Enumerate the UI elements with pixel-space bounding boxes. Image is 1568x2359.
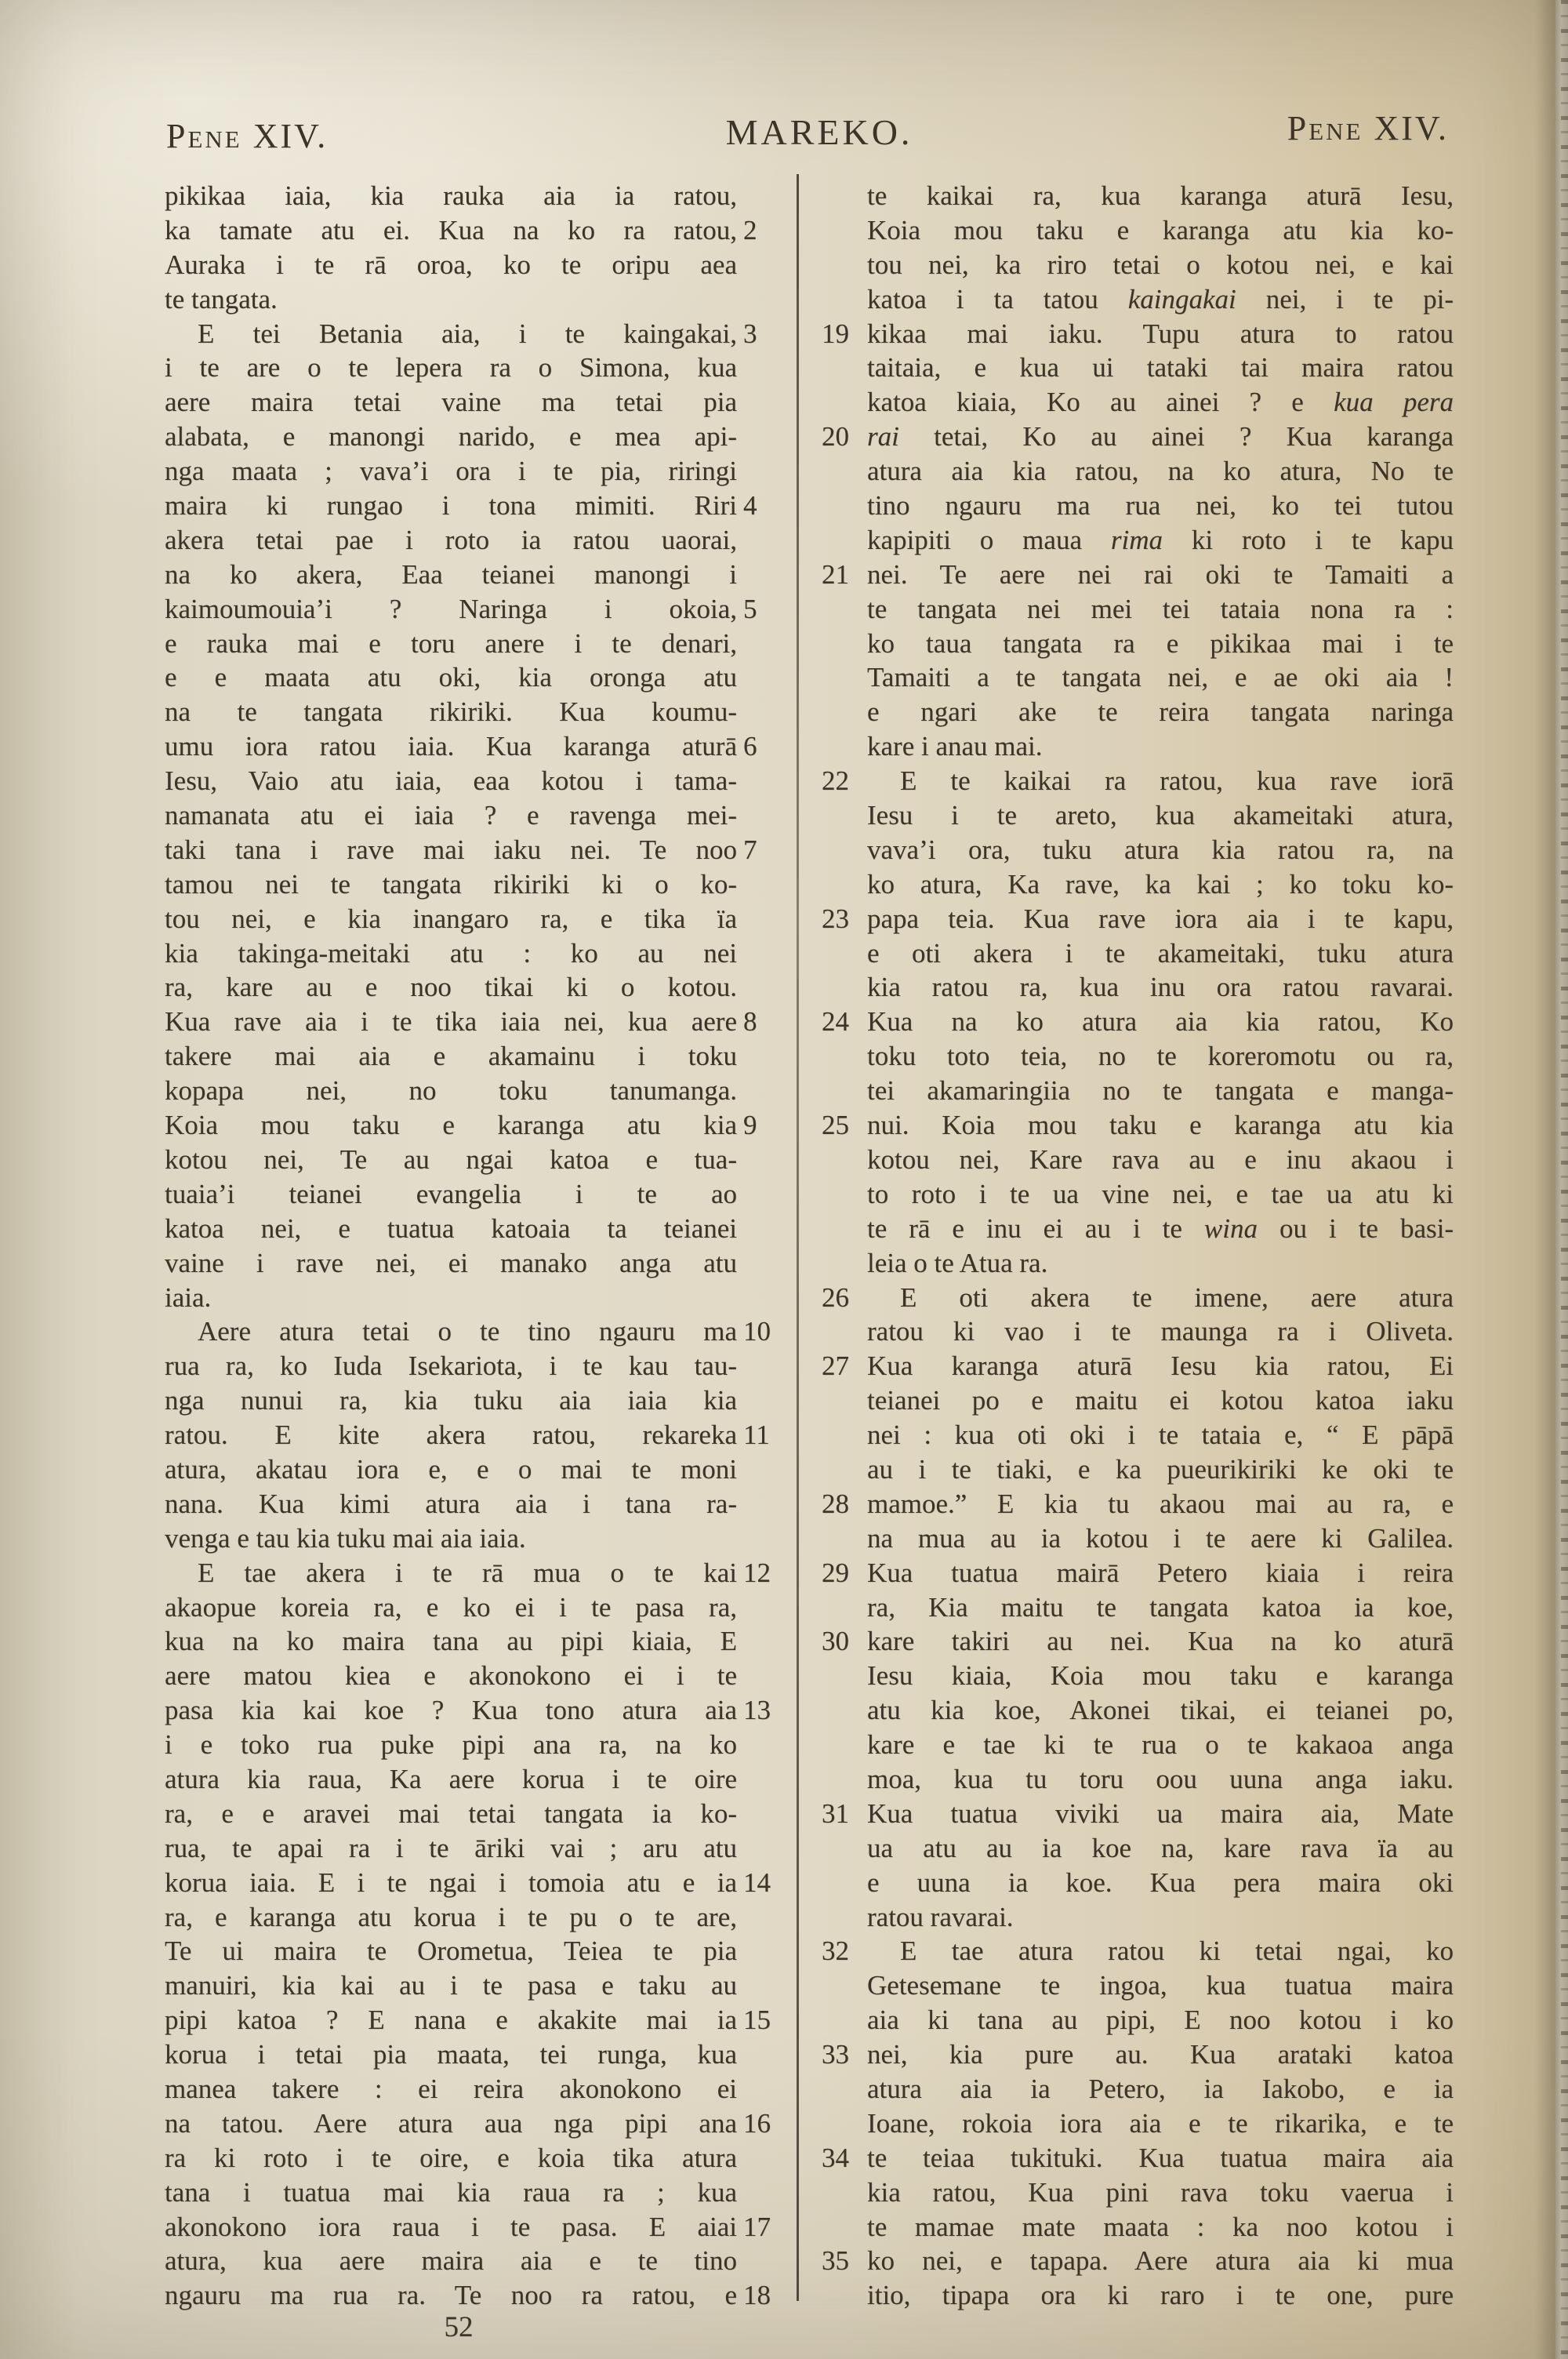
text-segment: au i te tiaki, e ka pueurikiriki ke oki …: [867, 1454, 1454, 1485]
text-segment: i te are o te lepera ra o Simona, kua: [165, 352, 737, 383]
text-line: atura kia raua, Ka aere korua i te oire: [165, 1762, 737, 1797]
text-segment: ko taua tangata ra e pikikaa mai i te: [867, 628, 1454, 659]
text-line: kare takiri au nei. Kua na ko aturā30: [867, 1624, 1454, 1659]
text-segment: toku toto teia, no te koreromotu ou ra,: [867, 1041, 1454, 1071]
text-segment: E oti akera te imene, aere atura: [900, 1282, 1454, 1313]
italic-text-segment: rima: [1111, 525, 1163, 555]
text-segment: pikikaa iaia, kia rauka aia ia ratou,: [165, 180, 737, 211]
text-segment: nga maata ; vava’i ora i te pia, riringi: [165, 456, 737, 486]
verse-number: 21: [822, 558, 864, 592]
text-segment: to roto i te ua vine nei, e tae ua atu k…: [867, 1179, 1454, 1209]
text-segment: na te tangata rikiriki. Kua koumu-: [165, 696, 737, 727]
text-line: kua na ko maira tana au pipi kiaia, E: [165, 1624, 737, 1659]
text-line: tei akamaringiia no te tangata e manga-: [867, 1074, 1454, 1108]
verse-number: 20: [822, 420, 864, 454]
text-segment: umu iora ratou iaia. Kua karanga aturā: [165, 731, 737, 761]
verse-number: 33: [822, 2037, 864, 2072]
text-line: ratou ki vao i te maunga ra i Oliveta.: [867, 1314, 1454, 1349]
text-line: tou nei, e kia inangaro ra, e tika ïa: [165, 902, 737, 936]
text-line: Getesemane te ingoa, kua tuatua maira: [867, 1968, 1454, 2003]
verse-number: 28: [822, 1487, 864, 1521]
text-segment: e e maata atu oki, kia oronga atu: [165, 662, 737, 692]
verse-number: 35: [822, 2244, 864, 2278]
text-line: E oti akera te imene, aere atura26: [867, 1281, 1454, 1315]
text-segment: kaimoumouia’i ? Naringa i okoia,: [165, 594, 737, 624]
page-crease-shadow: [1535, 0, 1555, 2359]
text-line: atura aia kia ratou, na ko atura, No te: [867, 454, 1454, 489]
text-segment: tei akamaringiia no te tangata e manga-: [867, 1075, 1454, 1106]
text-line: te teiaa tukituki. Kua tuatua maira aia3…: [867, 2141, 1454, 2175]
text-line: pipi katoa ? E nana e akakite mai ia15: [165, 2003, 737, 2037]
text-segment: akonokono iora raua i te pasa. E aiai: [165, 2212, 737, 2242]
page-number: 52: [408, 2310, 510, 2344]
text-segment: kare e tae ki te rua o te kakaoa anga: [867, 1729, 1454, 1760]
text-line: kotou nei, Kare rava au e inu akaou i: [867, 1143, 1454, 1177]
text-line: Kua na ko atura aia kia ratou, Ko24: [867, 1005, 1454, 1039]
left-text-column: pikikaa iaia, kia rauka aia ia ratou,ka …: [165, 179, 737, 2313]
text-segment: aere maira tetai vaine ma tetai pia: [165, 387, 737, 417]
text-line: teianei po e maitu ei kotou katoa iaku: [867, 1383, 1454, 1418]
text-segment: atura, kua aere maira aia e te tino: [165, 2245, 737, 2276]
text-line: kikaa mai iaku. Tupu atura to ratou19: [867, 317, 1454, 351]
text-segment: atura aia kia ratou, na ko atura, No te: [867, 456, 1454, 486]
text-segment: katoa kiaia, Ko au ainei ? e: [867, 387, 1334, 417]
verse-number: 11: [743, 1418, 792, 1452]
text-line: e ngari ake te reira tangata naringa: [867, 695, 1454, 729]
text-line: na te tangata rikiriki. Kua koumu-: [165, 695, 737, 729]
verse-number: 15: [743, 2003, 792, 2037]
text-segment: tou nei, ka riro tetai o kotou nei, e ka…: [867, 249, 1454, 280]
text-segment: E te kaikai ra ratou, kua rave iorā: [900, 765, 1454, 796]
verse-number: 34: [822, 2141, 864, 2175]
text-line: i e toko rua puke pipi ana ra, na ko: [165, 1728, 737, 1762]
text-segment: ra, e karanga atu korua i te pu o te are…: [165, 1902, 737, 1932]
text-segment: E tae akera i te rā mua o te kai: [198, 1558, 737, 1588]
text-line: e uuna ia koe. Kua pera maira oki: [867, 1866, 1454, 1900]
text-segment: ratou ravarai.: [867, 1902, 1014, 1932]
text-line: ra, e karanga atu korua i te pu o te are…: [165, 1900, 737, 1935]
text-segment: itio, tipapa ora ki raro i te one, pure: [867, 2280, 1454, 2310]
text-line: mamoe.” E kia tu akaou mai au ra, e28: [867, 1487, 1454, 1521]
text-segment: Kua rave aia i te tika iaia nei, kua aer…: [165, 1006, 737, 1037]
text-segment: tuaia’i teianei evangelia i te ao: [165, 1179, 737, 1209]
text-segment: nei : kua oti oki i te tataia e, “ E pāp…: [867, 1419, 1454, 1450]
text-segment: manuiri, kia kai au i te pasa e taku au: [165, 1970, 737, 2001]
text-segment: nui. Koia mou taku e karanga atu kia: [867, 1110, 1454, 1140]
running-head-right: Pene XIV.: [1287, 108, 1449, 148]
text-segment: na ko akera, Eaa teianei manongi i: [165, 559, 737, 590]
verse-number: 26: [822, 1281, 864, 1315]
text-segment: ki roto i te kapu: [1163, 525, 1454, 555]
text-segment: rua ra, ko Iuda Isekariota, i te kau tau…: [165, 1350, 737, 1381]
text-line: E tae akera i te rā mua o te kai12: [165, 1556, 737, 1590]
text-line: vaine i rave nei, ei manako anga atu: [165, 1246, 737, 1281]
text-segment: akaopue koreia ra, e ko ei i te pasa ra,: [165, 1592, 737, 1623]
text-segment: kapipiti o maua: [867, 525, 1111, 555]
text-segment: Aere atura tetai o te tino ngauru ma: [198, 1316, 737, 1347]
verse-number: 32: [822, 1934, 864, 1968]
verse-number: 9: [743, 1108, 792, 1143]
text-line: tuaia’i teianei evangelia i te ao: [165, 1177, 737, 1212]
verse-number: 29: [822, 1556, 864, 1590]
text-segment: kia takinga-meitaki atu : ko au nei: [165, 938, 737, 969]
text-line: aere maira tetai vaine ma tetai pia: [165, 385, 737, 420]
text-segment: katoa i ta tatou: [867, 284, 1128, 314]
text-line: kotou nei, Te au ngai katoa e tua-: [165, 1143, 737, 1177]
text-segment: namanata atu ei iaia ? e ravenga mei-: [165, 800, 737, 831]
verse-number: 5: [743, 592, 792, 627]
text-line: manea takere : ei reira akonokono ei: [165, 2072, 737, 2106]
text-segment: Tamaiti a te tangata nei, e ae oki aia !: [867, 662, 1454, 692]
verse-number: 2: [743, 213, 792, 248]
text-line: tino ngauru ma rua nei, ko tei tutou: [867, 489, 1454, 523]
text-segment: tetai, Ko au ainei ? Kua karanga: [899, 421, 1454, 452]
text-line: kia ratou ra, kua inu ora ratou ravarai.: [867, 970, 1454, 1005]
text-segment: e rauka mai e toru anere i te denari,: [165, 628, 737, 659]
text-line: e e maata atu oki, kia oronga atu: [165, 660, 737, 695]
text-line: katoa i ta tatou kaingakai nei, i te pi-: [867, 282, 1454, 317]
verse-number: 24: [822, 1005, 864, 1039]
verse-number: 14: [743, 1866, 792, 1900]
text-segment: nei. Te aere nei rai oki te Tamaiti a: [867, 559, 1454, 590]
verse-number: 18: [743, 2278, 792, 2313]
text-segment: te mamae mate maata : ka noo kotou i: [867, 2212, 1454, 2242]
text-line: ra, Kia maitu te tangata katoa ia koe,: [867, 1590, 1454, 1625]
text-line: kare e tae ki te rua o te kakaoa anga: [867, 1728, 1454, 1762]
text-line: ra ki roto i te oire, e koia tika atura: [165, 2141, 737, 2175]
text-line: E tei Betania aia, i te kaingakai,3: [165, 317, 737, 351]
text-segment: te tangata nei mei tei tataia nona ra :: [867, 594, 1454, 624]
text-segment: korua iaia. E i te ngai i tomoia atu e i…: [165, 1867, 737, 1898]
text-line: nana. Kua kimi atura aia i tana ra-: [165, 1487, 737, 1521]
verse-number: 6: [743, 729, 792, 764]
text-segment: vava’i ora, tuku atura kia ratou ra, na: [867, 834, 1454, 865]
text-line: Te ui maira te Orometua, Teiea te pia: [165, 1934, 737, 1968]
text-segment: tou nei, e kia inangaro ra, e tika ïa: [165, 903, 737, 934]
text-line: ngauru ma rua ra. Te noo ra ratou, e18: [165, 2278, 737, 2313]
text-line: ko nei, e tapapa. Aere atura aia ki mua3…: [867, 2244, 1454, 2278]
text-line: nga nunui ra, kia tuku aia iaia kia: [165, 1383, 737, 1418]
text-line: Kua karanga aturā Iesu kia ratou, Ei27: [867, 1349, 1454, 1383]
text-line: aia ki tana au pipi, E noo kotou i ko: [867, 2003, 1454, 2037]
text-segment: ra, kare au e noo tikai ki o kotou.: [165, 972, 737, 1002]
text-segment: te rā e inu ei au i te: [867, 1213, 1204, 1244]
text-line: ua atu au ia koe na, kare rava ïa au: [867, 1831, 1454, 1866]
text-line: Iesu i te areto, kua akameitaki atura,: [867, 798, 1454, 833]
text-segment: ou i te basi-: [1258, 1213, 1454, 1244]
text-segment: nana. Kua kimi atura aia i tana ra-: [165, 1488, 737, 1519]
text-segment: kotou nei, Kare rava au e inu akaou i: [867, 1144, 1454, 1175]
text-line: atura, akatau iora e, e o mai te moni: [165, 1452, 737, 1487]
text-segment: E tae atura ratou ki tetai ngai, ko: [900, 1936, 1454, 1966]
text-line: e rauka mai e toru anere i te denari,: [165, 627, 737, 661]
text-segment: pasa kia kai koe ? Kua tono atura aia: [165, 1695, 737, 1725]
text-segment: taitaia, e kua ui tataki tai maira ratou: [867, 352, 1454, 383]
text-line: rua ra, ko Iuda Isekariota, i te kau tau…: [165, 1349, 737, 1383]
text-line: to roto i te ua vine nei, e tae ua atu k…: [867, 1177, 1454, 1212]
text-segment: kikaa mai iaku. Tupu atura to ratou: [867, 318, 1454, 349]
text-segment: Iesu kiaia, Koia mou taku e karanga: [867, 1660, 1454, 1691]
text-line: te kaikai ra, kua karanga aturā Iesu,: [867, 179, 1454, 213]
text-line: nga maata ; vava’i ora i te pia, riringi: [165, 454, 737, 489]
text-line: venga e tau kia tuku mai aia iaia.: [165, 1521, 737, 1556]
text-line: aere matou kiea e akonokono ei i te: [165, 1659, 737, 1693]
text-line: katoa nei, e tuatua katoaia ta teianei: [165, 1212, 737, 1246]
text-line: Kua rave aia i te tika iaia nei, kua aer…: [165, 1005, 737, 1039]
text-segment: teianei po e maitu ei kotou katoa iaku: [867, 1385, 1454, 1416]
verse-number: 4: [743, 489, 792, 523]
text-segment: maira ki rungao i tona mimiti. Riri: [165, 490, 737, 521]
verse-number: 10: [743, 1314, 792, 1349]
text-segment: na tatou. Aere atura aua nga pipi ana: [165, 2108, 737, 2139]
text-segment: nei, kia pure au. Kua arataki katoa: [867, 2039, 1454, 2070]
text-segment: kia ratou ra, kua inu ora ratou ravarai.: [867, 972, 1454, 1002]
text-segment: kare i anau mai.: [867, 731, 1043, 761]
text-line: akonokono iora raua i te pasa. E aiai17: [165, 2210, 737, 2245]
text-line: te mamae mate maata : ka noo kotou i: [867, 2210, 1454, 2245]
text-segment: e oti akera i te akameitaki, tuku atura: [867, 938, 1454, 969]
text-line: Iesu, Vaio atu iaia, eaa kotou i tama-: [165, 764, 737, 798]
text-line: Koia mou taku e karanga atu kia9: [165, 1108, 737, 1143]
text-segment: ra ki roto i te oire, e koia tika atura: [165, 2143, 737, 2173]
verse-number: 13: [743, 1693, 792, 1728]
text-line: taki tana i rave mai iaku nei. Te noo7: [165, 833, 737, 867]
text-segment: Kua karanga aturā Iesu kia ratou, Ei: [867, 1350, 1454, 1381]
text-line: akaopue koreia ra, e ko ei i te pasa ra,: [165, 1590, 737, 1625]
text-line: itio, tipapa ora ki raro i te one, pure: [867, 2278, 1454, 2313]
text-line: leia o te Atua ra.: [867, 1246, 1454, 1281]
verse-number: 23: [822, 902, 864, 936]
verse-number: 17: [743, 2210, 792, 2245]
text-segment: i e toko rua puke pipi ana ra, na ko: [165, 1729, 737, 1760]
text-line: akera tetai pae i roto ia ratou uaorai,: [165, 523, 737, 558]
text-segment: aere matou kiea e akonokono ei i te: [165, 1660, 737, 1691]
text-line: kopapa nei, no toku tanumanga.: [165, 1074, 737, 1108]
text-line: ratou ravarai.: [867, 1900, 1454, 1935]
text-line: toku toto teia, no te koreromotu ou ra,: [867, 1039, 1454, 1074]
text-segment: Kua na ko atura aia kia ratou, Ko: [867, 1006, 1454, 1037]
text-line: ko taua tangata ra e pikikaa mai i te: [867, 627, 1454, 661]
text-segment: Iesu i te areto, kua akameitaki atura,: [867, 800, 1454, 831]
text-segment: nei, i te pi-: [1236, 284, 1454, 314]
text-line: maira ki rungao i tona mimiti. Riri4: [165, 489, 737, 523]
text-line: Ioane, rokoia iora aia e te rikarika, e …: [867, 2106, 1454, 2141]
text-line: katoa kiaia, Ko au ainei ? e kua pera: [867, 385, 1454, 420]
text-line: te rā e inu ei au i te wina ou i te basi…: [867, 1212, 1454, 1246]
text-segment: nga nunui ra, kia tuku aia iaia kia: [165, 1385, 737, 1416]
text-line: nei : kua oti oki i te tataia e, “ E pāp…: [867, 1418, 1454, 1452]
text-segment: vaine i rave nei, ei manako anga atu: [165, 1248, 737, 1278]
text-line: E tae atura ratou ki tetai ngai, ko32: [867, 1934, 1454, 1968]
text-line: iaia.: [165, 1281, 737, 1315]
text-segment: ra, Kia maitu te tangata katoa ia koe,: [867, 1592, 1454, 1623]
text-segment: Iesu, Vaio atu iaia, eaa kotou i tama-: [165, 765, 737, 796]
running-head-left: Pene XIV.: [166, 116, 328, 156]
text-segment: tino ngauru ma rua nei, ko tei tutou: [867, 490, 1454, 521]
text-line: ra, kare au e noo tikai ki o kotou.: [165, 970, 737, 1005]
text-segment: leia o te Atua ra.: [867, 1248, 1047, 1278]
text-line: tou nei, ka riro tetai o kotou nei, e ka…: [867, 248, 1454, 282]
text-line: umu iora ratou iaia. Kua karanga aturā6: [165, 729, 737, 764]
text-line: ko atura, Ka rave, ka kai ; ko toku ko-: [867, 867, 1454, 902]
text-line: ra, e e aravei mai tetai tangata ia ko-: [165, 1797, 737, 1831]
text-segment: atura, akatau iora e, e o mai te moni: [165, 1454, 737, 1485]
text-segment: katoa nei, e tuatua katoaia ta teianei: [165, 1213, 737, 1244]
text-line: Aere atura tetai o te tino ngauru ma10: [165, 1314, 737, 1349]
page-edge-strip: [1555, 0, 1568, 2359]
verse-number: 19: [822, 317, 864, 351]
text-line: alabata, e manongi narido, e mea api-: [165, 420, 737, 454]
italic-text-segment: rai: [867, 421, 899, 452]
text-segment: alabata, e manongi narido, e mea api-: [165, 421, 737, 452]
text-line: Koia mou taku e karanga atu kia ko-: [867, 213, 1454, 248]
text-line: taitaia, e kua ui tataki tai maira ratou: [867, 351, 1454, 385]
text-line: rua, te apai ra i te āriki vai ; aru atu: [165, 1831, 737, 1866]
text-segment: taki tana i rave mai iaku nei. Te noo: [165, 834, 737, 865]
text-segment: rua, te apai ra i te āriki vai ; aru atu: [165, 1833, 737, 1863]
text-segment: te teiaa tukituki. Kua tuatua maira aia: [867, 2143, 1454, 2173]
text-line: kare i anau mai.: [867, 729, 1454, 764]
italic-text-segment: kua pera: [1334, 387, 1454, 417]
text-line: pikikaa iaia, kia rauka aia ia ratou,: [165, 179, 737, 213]
text-line: na tatou. Aere atura aua nga pipi ana16: [165, 2106, 737, 2141]
text-line: ratou. E kite akera ratou, rekareka11: [165, 1418, 737, 1452]
text-segment: kotou nei, Te au ngai katoa e tua-: [165, 1144, 737, 1175]
text-segment: ra, e e aravei mai tetai tangata ia ko-: [165, 1798, 737, 1829]
text-line: vava’i ora, tuku atura kia ratou ra, na: [867, 833, 1454, 867]
text-segment: e uuna ia koe. Kua pera maira oki: [867, 1867, 1454, 1898]
text-line: tana i tuatua mai kia raua ra ; kua: [165, 2175, 737, 2210]
text-segment: Getesemane te ingoa, kua tuatua maira: [867, 1970, 1454, 2001]
text-line: tamou nei te tangata rikiriki ki o ko-: [165, 867, 737, 902]
text-segment: E tei Betania aia, i te kaingakai,: [198, 318, 737, 349]
text-segment: ua atu au ia koe na, kare rava ïa au: [867, 1833, 1454, 1863]
text-line: korua i tetai pia maata, tei runga, kua: [165, 2037, 737, 2072]
text-segment: Koia mou taku e karanga atu kia ko-: [867, 215, 1454, 245]
text-segment: Kua tuatua mairā Petero kiaia i reira: [867, 1558, 1454, 1588]
text-segment: iaia.: [165, 1282, 211, 1313]
text-line: e oti akera i te akameitaki, tuku atura: [867, 936, 1454, 971]
text-line: Tamaiti a te tangata nei, e ae oki aia !: [867, 660, 1454, 695]
text-line: rai tetai, Ko au ainei ? Kua karanga20: [867, 420, 1454, 454]
text-line: moa, kua tu toru oou uuna anga iaku.: [867, 1762, 1454, 1797]
text-line: papa teia. Kua rave iora aia i te kapu,2…: [867, 902, 1454, 936]
text-segment: ko atura, Ka rave, ka kai ; ko toku ko-: [867, 869, 1454, 900]
text-segment: na mua au ia kotou i te aere ki Galilea.: [867, 1523, 1454, 1554]
verse-number: 22: [822, 764, 864, 798]
text-segment: kua na ko maira tana au pipi kiaia, E: [165, 1626, 737, 1656]
verse-number: 12: [743, 1556, 792, 1590]
text-segment: Koia mou taku e karanga atu kia: [165, 1110, 737, 1140]
verse-number: 25: [822, 1108, 864, 1143]
text-segment: ngauru ma rua ra. Te noo ra ratou, e: [165, 2280, 737, 2310]
text-segment: tana i tuatua mai kia raua ra ; kua: [165, 2177, 737, 2208]
text-line: atura, kua aere maira aia e te tino: [165, 2244, 737, 2278]
text-line: atura aia ia Petero, ia Iakobo, e ia: [867, 2072, 1454, 2106]
text-line: na mua au ia kotou i te aere ki Galilea.: [867, 1521, 1454, 1556]
text-line: kia takinga-meitaki atu : ko au nei: [165, 936, 737, 971]
text-line: Kua tuatua viviki ua maira aia, Mate31: [867, 1797, 1454, 1831]
text-segment: manea takere : ei reira akonokono ei: [165, 2074, 737, 2104]
text-line: ka tamate atu ei. Kua na ko ra ratou,2: [165, 213, 737, 248]
text-segment: e ngari ake te reira tangata naringa: [867, 696, 1454, 727]
text-line: te tangata nei mei tei tataia nona ra :: [867, 592, 1454, 627]
text-segment: Kua tuatua viviki ua maira aia, Mate: [867, 1798, 1454, 1829]
text-line: namanata atu ei iaia ? e ravenga mei-: [165, 798, 737, 833]
text-line: nui. Koia mou taku e karanga atu kia25: [867, 1108, 1454, 1143]
text-segment: venga e tau kia tuku mai aia iaia.: [165, 1523, 526, 1554]
verse-number: 30: [822, 1624, 864, 1659]
text-segment: moa, kua tu toru oou uuna anga iaku.: [867, 1764, 1454, 1794]
text-segment: mamoe.” E kia tu akaou mai au ra, e: [867, 1488, 1454, 1519]
text-line: korua iaia. E i te ngai i tomoia atu e i…: [165, 1866, 737, 1900]
text-segment: Te ui maira te Orometua, Teiea te pia: [165, 1936, 737, 1966]
text-line: kia ratou, Kua pini rava toku vaerua i: [867, 2175, 1454, 2210]
text-line: te tangata.: [165, 282, 737, 317]
text-line: E te kaikai ra ratou, kua rave iorā22: [867, 764, 1454, 798]
text-segment: ko nei, e tapapa. Aere atura aia ki mua: [867, 2245, 1454, 2276]
verse-number: 31: [822, 1797, 864, 1831]
text-segment: kia ratou, Kua pini rava toku vaerua i: [867, 2177, 1454, 2208]
verse-number: 7: [743, 833, 792, 867]
text-segment: ratou ki vao i te maunga ra i Oliveta.: [867, 1316, 1454, 1347]
text-line: Iesu kiaia, Koia mou taku e karanga: [867, 1659, 1454, 1693]
text-segment: te kaikai ra, kua karanga aturā Iesu,: [867, 180, 1454, 211]
text-segment: korua i tetai pia maata, tei runga, kua: [165, 2039, 737, 2070]
right-text-column: te kaikai ra, kua karanga aturā Iesu,Koi…: [867, 179, 1454, 2313]
text-segment: Auraka i te rā oroa, ko te oripu aea: [165, 249, 737, 280]
verse-number: 8: [743, 1005, 792, 1039]
text-line: au i te tiaki, e ka pueurikiriki ke oki …: [867, 1452, 1454, 1487]
text-segment: Ioane, rokoia iora aia e te rikarika, e …: [867, 2108, 1454, 2139]
text-segment: ka tamate atu ei. Kua na ko ra ratou,: [165, 215, 737, 245]
text-segment: ratou. E kite akera ratou, rekareka: [165, 1419, 737, 1450]
text-segment: tamou nei te tangata rikiriki ki o ko-: [165, 869, 737, 900]
text-line: manuiri, kia kai au i te pasa e taku au: [165, 1968, 737, 2003]
verse-number: 3: [743, 317, 792, 351]
text-segment: atura aia ia Petero, ia Iakobo, e ia: [867, 2074, 1454, 2104]
text-line: na ko akera, Eaa teianei manongi i: [165, 558, 737, 592]
text-line: atu kia koe, Akonei tikai, ei teianei po…: [867, 1693, 1454, 1728]
text-line: i te are o te lepera ra o Simona, kua: [165, 351, 737, 385]
text-segment: atura kia raua, Ka aere korua i te oire: [165, 1764, 737, 1794]
italic-text-segment: wina: [1204, 1213, 1258, 1244]
text-segment: atu kia koe, Akonei tikai, ei teianei po…: [867, 1695, 1454, 1725]
running-head-title: MAREKO.: [726, 111, 913, 153]
text-line: pasa kia kai koe ? Kua tono atura aia13: [165, 1693, 737, 1728]
verse-number: 27: [822, 1349, 864, 1383]
text-line: takere mai aia e akamainu i toku: [165, 1039, 737, 1074]
text-segment: papa teia. Kua rave iora aia i te kapu,: [867, 903, 1454, 934]
text-segment: takere mai aia e akamainu i toku: [165, 1041, 737, 1071]
text-line: kaimoumouia’i ? Naringa i okoia,5: [165, 592, 737, 627]
text-line: nei. Te aere nei rai oki te Tamaiti a21: [867, 558, 1454, 592]
verse-number: 16: [743, 2106, 792, 2141]
text-line: nei, kia pure au. Kua arataki katoa33: [867, 2037, 1454, 2072]
italic-text-segment: kaingakai: [1128, 284, 1236, 314]
scanned-book-page: Pene XIV. MAREKO. Pene XIV. pikikaa iaia…: [0, 0, 1568, 2359]
text-line: Kua tuatua mairā Petero kiaia i reira29: [867, 1556, 1454, 1590]
text-segment: pipi katoa ? E nana e akakite mai ia: [165, 2005, 737, 2035]
column-divider-rule: [797, 174, 799, 2301]
text-segment: akera tetai pae i roto ia ratou uaorai,: [165, 525, 737, 555]
text-segment: te tangata.: [165, 284, 278, 314]
text-segment: kare takiri au nei. Kua na ko aturā: [867, 1626, 1454, 1656]
text-segment: kopapa nei, no toku tanumanga.: [165, 1075, 737, 1106]
text-line: kapipiti o maua rima ki roto i te kapu: [867, 523, 1454, 558]
text-line: Auraka i te rā oroa, ko te oripu aea: [165, 248, 737, 282]
text-segment: aia ki tana au pipi, E noo kotou i ko: [867, 2005, 1454, 2035]
